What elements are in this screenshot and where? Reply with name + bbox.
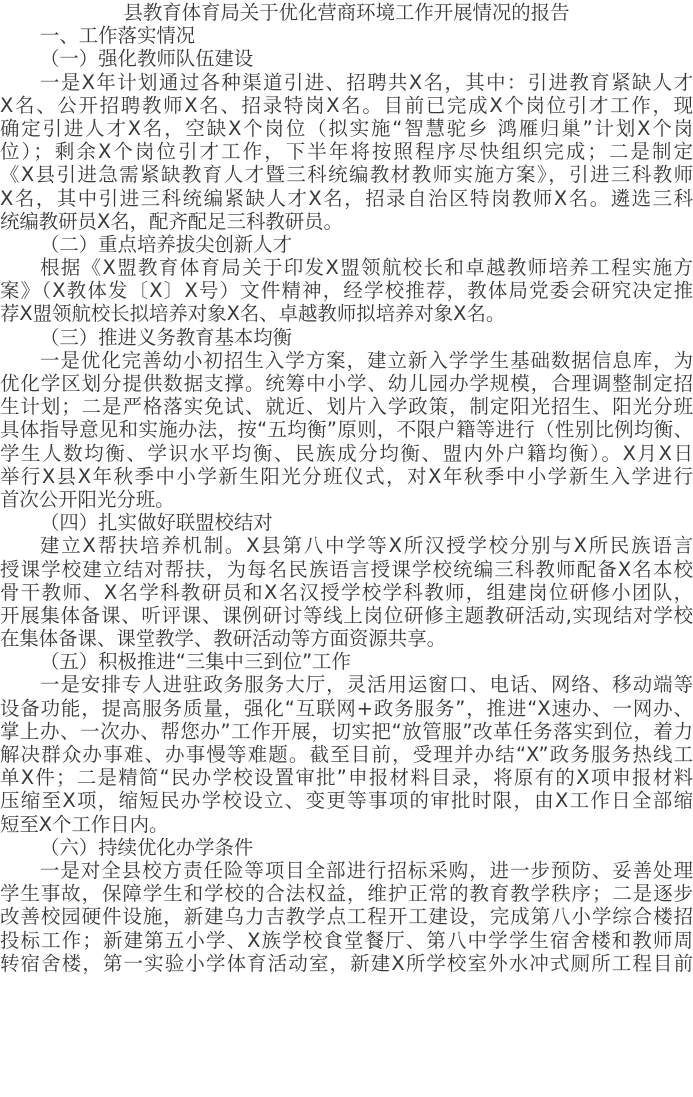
paragraph-line: 位）；剩余X个岗位引才工作，下半年将按照程序尽快组织完成；二是制定 <box>0 140 693 163</box>
paragraph-line: 首次公开阳光分班。 <box>0 488 693 511</box>
paragraph-line: 《X县引进急需紧缺教育人才暨三科统编教材教师实施方案》，引进三科教师 <box>0 163 693 186</box>
paragraph-line: 压缩至X项，缩短民办学校设立、变更等事项的审批时限，由X工作日全部缩 <box>0 789 693 812</box>
paragraph-line: 学生人数均衡、学识水平均衡、民族成分均衡、盟内外户籍均衡）。X月X日 <box>0 442 693 465</box>
subsection-heading: （三）推进义务教育基本均衡 <box>0 326 693 349</box>
subsection-6: （六）持续优化办学条件 一是对全县校方责任险等项目全部进行招标采购，进一步预防、… <box>0 836 693 975</box>
paragraph-line: 学生事故，保障学生和学校的合法权益，维护正常的教育教学秩序；二是逐步 <box>0 882 693 905</box>
subsection-5: （五）积极推进“三集中三到位”工作 一是安排专人进驻政务服务大厅，灵活用运窗口、… <box>0 650 693 836</box>
subsection-heading: （一）强化教师队伍建设 <box>0 47 693 70</box>
subsection-heading: （五）积极推进“三集中三到位”工作 <box>0 650 693 673</box>
paragraph-line: 案》（X教体发〔X〕X号）文件精神，经学校推荐，教体局党委会研究决定推 <box>0 279 693 302</box>
paragraph-line: 掌上办、一次办、帮您办”工作开展，切实把“放管服”改革任务落实到位，着力 <box>0 720 693 743</box>
paragraph-line: 生计划；二是严格落实免试、就近、划片入学政策，制定阳光招生、阳光分班 <box>0 395 693 418</box>
paragraph-line: 骨干教师、X名学科教研员和X名汉授学校学科教师，组建岗位研修小团队， <box>0 581 693 604</box>
paragraph-line: X名，其中引进三科统编紧缺人才X名，招录自治区特岗教师X名。遴选三科 <box>0 187 693 210</box>
paragraph-line: 单X件；二是精简“民办学校设置审批”申报材料目录，将原有的X项申报材料 <box>0 766 693 789</box>
paragraph-line: 荐X盟领航校长拟培养对象X名、卓越教师拟培养对象X名。 <box>0 302 693 325</box>
document-title: 县教育体育局关于优化营商环境工作开展情况的报告 <box>0 0 693 24</box>
paragraph-line: 一是优化完善幼小初招生入学方案，建立新入学学生基础数据信息库，为 <box>0 349 693 372</box>
paragraph-line: 短至X个工作日内。 <box>0 813 693 836</box>
paragraph-line: X名、公开招聘教师X名、招录特岗X名。目前已完成X个岗位引才工作，现 <box>0 94 693 117</box>
paragraph-line: 解决群众办事难、办事慢等难题。截至目前，受理并办结“X”政务服务热线工 <box>0 743 693 766</box>
subsection-heading: （二）重点培养拔尖创新人才 <box>0 233 693 256</box>
paragraph-line: 授课学校建立结对帮扶，为每名民族语言授课学校统编三科教师配备X名本校 <box>0 558 693 581</box>
paragraph-line: 一是X年计划通过各种渠道引进、招聘共X名，其中：引进教育紧缺人才 <box>0 71 693 94</box>
paragraph-line: 开展集体备课、听评课、课例研讨等线上岗位研修主题教研活动,实现结对学校 <box>0 604 693 627</box>
paragraph-line: 一是对全县校方责任险等项目全部进行招标采购，进一步预防、妥善处理 <box>0 859 693 882</box>
paragraph-line: 投标工作；新建第五小学、X族学校食堂餐厅、第八中学学生宿舍楼和教师周 <box>0 929 693 952</box>
paragraph-line: 确定引进人才X名，空缺X个岗位（拟实施“智慧驼乡 鸿雁归巢”计划X个岗 <box>0 117 693 140</box>
paragraph-line: 在集体备课、课堂教学、教研活动等方面资源共享。 <box>0 627 693 650</box>
subsection-2: （二）重点培养拔尖创新人才 根据《X盟教育体育局关于印发X盟领航校长和卓越教师培… <box>0 233 693 326</box>
paragraph-line: 设备功能，提高服务质量，强化“互联网+政务服务”，推进“X速办、一网办、 <box>0 697 693 720</box>
paragraph-line: 根据《X盟教育体育局关于印发X盟领航校长和卓越教师培养工程实施方 <box>0 256 693 279</box>
paragraph-line: 优化学区划分提供数据支撑。统筹中小学、幼儿园办学规模，合理调整制定招 <box>0 372 693 395</box>
subsection-4: （四）扎实做好联盟校结对 建立X帮扶培养机制。X县第八中学等X所汉授学校分别与X… <box>0 511 693 650</box>
paragraph-line: 具体指导意见和实施办法，按“五均衡”原则，不限户籍等进行（性别比例均衡、 <box>0 418 693 441</box>
paragraph-line: 转宿舍楼，第一实验小学体育活动室，新建X所学校室外水冲式厕所工程目前 <box>0 952 693 975</box>
section-heading-1: 一、工作落实情况 <box>0 24 693 47</box>
subsection-1: （一）强化教师队伍建设 一是X年计划通过各种渠道引进、招聘共X名，其中：引进教育… <box>0 47 693 233</box>
report-document: 县教育体育局关于优化营商环境工作开展情况的报告 一、工作落实情况 （一）强化教师… <box>0 0 693 975</box>
subsection-3: （三）推进义务教育基本均衡 一是优化完善幼小初招生入学方案，建立新入学学生基础数… <box>0 326 693 512</box>
paragraph-line: 建立X帮扶培养机制。X县第八中学等X所汉授学校分别与X所民族语言 <box>0 534 693 557</box>
paragraph-line: 统编教研员X名，配齐配足三科教研员。 <box>0 210 693 233</box>
paragraph-line: 举行X县X年秋季中小学新生阳光分班仪式，对X年秋季中小学新生入学进行 <box>0 465 693 488</box>
subsection-heading: （四）扎实做好联盟校结对 <box>0 511 693 534</box>
subsection-heading: （六）持续优化办学条件 <box>0 836 693 859</box>
paragraph-line: 改善校园硬件设施，新建乌力吉教学点工程开工建设，完成第八小学综合楼招 <box>0 905 693 928</box>
paragraph-line: 一是安排专人进驻政务服务大厅，灵活用运窗口、电话、网络、移动端等 <box>0 673 693 696</box>
